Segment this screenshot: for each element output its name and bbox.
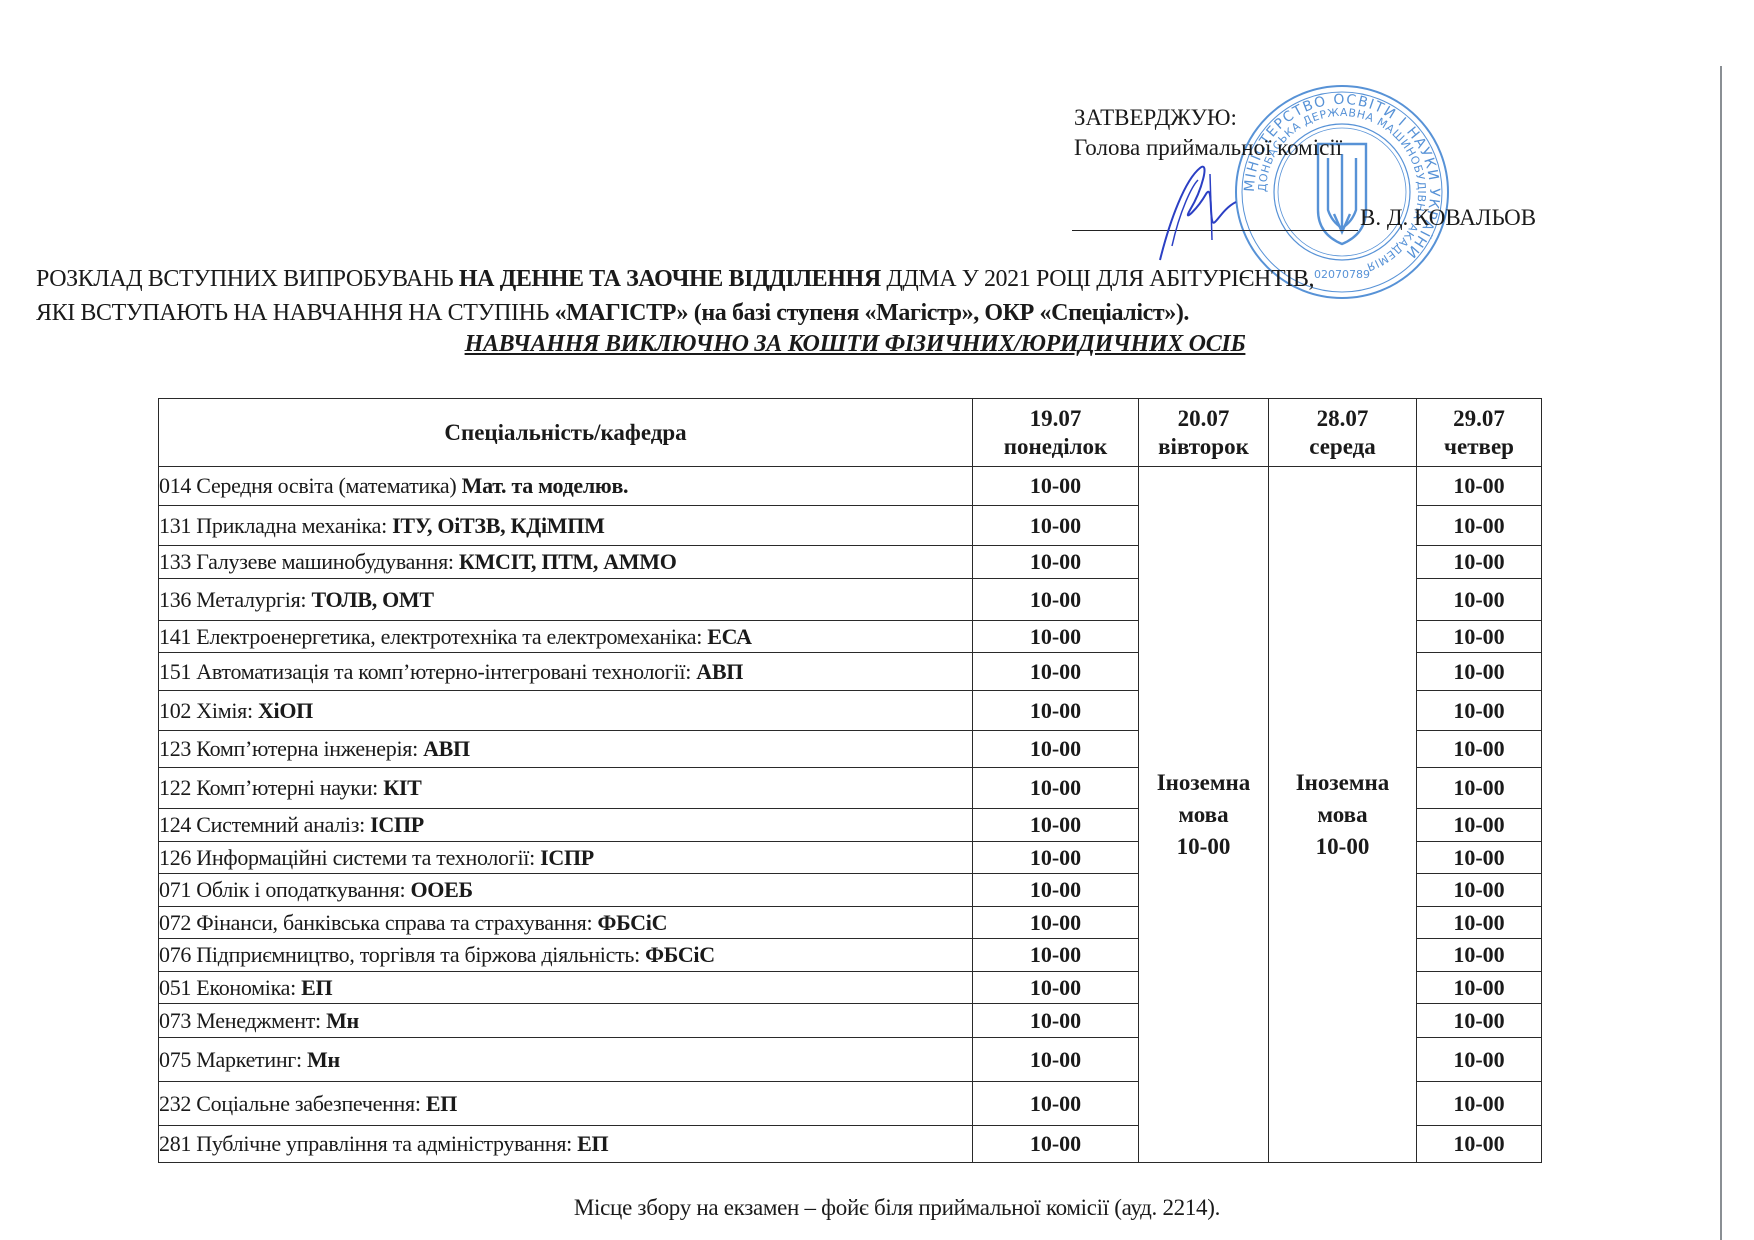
document-title-line1: РОЗКЛАД ВСТУПНИХ ВИПРОБУВАНЬ НА ДЕННЕ ТА… (36, 262, 1676, 296)
time-cell-19-07: 10-00 (973, 546, 1139, 579)
specialty-cell: 124 Системний аналіз: ІСПР (159, 809, 973, 842)
header-day-28-07: 28.07середа (1269, 399, 1417, 467)
time-cell-19-07: 10-00 (973, 691, 1139, 731)
time-cell-19-07: 10-00 (973, 506, 1139, 546)
time-cell-29-07: 10-00 (1417, 621, 1542, 653)
approval-heading: ЗАТВЕРДЖУЮ: (1074, 105, 1237, 130)
time-cell-19-07: 10-00 (973, 621, 1139, 653)
schedule-table: Спеціальність/кафедра 19.07понеділок 20.… (158, 398, 1542, 1163)
time-cell-29-07: 10-00 (1417, 1038, 1542, 1082)
specialty-cell: 232 Соціальне забезпечення: ЕП (159, 1082, 973, 1126)
specialty-cell: 122 Комп’ютерні науки: КІТ (159, 768, 973, 809)
time-cell-29-07: 10-00 (1417, 907, 1542, 939)
schedule-body: 014 Середня освіта (математика) Мат. та … (159, 467, 1542, 1163)
time-cell-29-07: 10-00 (1417, 731, 1542, 768)
signatory-name: В. Д. КОВАЛЬОВ (1360, 205, 1536, 231)
time-cell-19-07: 10-00 (973, 1126, 1139, 1163)
specialty-cell: 123 Комп’ютерна інженерія: АВП (159, 731, 973, 768)
time-cell-29-07: 10-00 (1417, 579, 1542, 621)
specialty-cell: 141 Електроенергетика, електротехніка та… (159, 621, 973, 653)
time-cell-29-07: 10-00 (1417, 1004, 1542, 1038)
specialty-cell: 131 Прикладна механіка: ІТУ, ОіТЗВ, КДіМ… (159, 506, 973, 546)
header-specialty: Спеціальність/кафедра (159, 399, 973, 467)
time-cell-19-07: 10-00 (973, 768, 1139, 809)
table-row: 014 Середня освіта (математика) Мат. та … (159, 467, 1542, 506)
page-edge-divider (1720, 66, 1722, 1240)
header-day-20-07: 20.07вівторок (1139, 399, 1269, 467)
time-cell-19-07: 10-00 (973, 842, 1139, 874)
specialty-cell: 076 Підприємництво, торгівля та біржова … (159, 939, 973, 972)
time-cell-19-07: 10-00 (973, 467, 1139, 506)
time-cell-19-07: 10-00 (973, 809, 1139, 842)
time-cell-29-07: 10-00 (1417, 546, 1542, 579)
time-cell-19-07: 10-00 (973, 907, 1139, 939)
time-cell-19-07: 10-00 (973, 1082, 1139, 1126)
specialty-cell: 073 Менеджмент: Мн (159, 1004, 973, 1038)
time-cell-19-07: 10-00 (973, 972, 1139, 1004)
table-header-row: Спеціальність/кафедра 19.07понеділок 20.… (159, 399, 1542, 467)
specialty-cell: 151 Автоматизація та комп’ютерно-інтегро… (159, 653, 973, 691)
time-cell-29-07: 10-00 (1417, 1126, 1542, 1163)
time-cell-29-07: 10-00 (1417, 874, 1542, 907)
time-cell-19-07: 10-00 (973, 1004, 1139, 1038)
time-cell-29-07: 10-00 (1417, 506, 1542, 546)
specialty-cell: 281 Публічне управління та адмініструван… (159, 1126, 973, 1163)
header-day-19-07: 19.07понеділок (973, 399, 1139, 467)
time-cell-29-07: 10-00 (1417, 691, 1542, 731)
specialty-cell: 072 Фінанси, банківська справа та страху… (159, 907, 973, 939)
header-day-29-07: 29.07четвер (1417, 399, 1542, 467)
specialty-cell: 136 Металургія: ТОЛВ, ОМТ (159, 579, 973, 621)
time-cell-19-07: 10-00 (973, 731, 1139, 768)
meeting-place-note: Місце збору на екзамен – фойє біля прийм… (0, 1195, 1754, 1221)
time-cell-19-07: 10-00 (973, 939, 1139, 972)
time-cell-19-07: 10-00 (973, 579, 1139, 621)
document-subtitle: НАВЧАННЯ ВИКЛЮЧНО ЗА КОШТИ ФІЗИЧНИХ/ЮРИД… (0, 331, 1710, 358)
time-cell-29-07: 10-00 (1417, 972, 1542, 1004)
document-title-line2: ЯКІ ВСТУПАЮТЬ НА НАВЧАННЯ НА СТУПІНЬ «МА… (36, 296, 1676, 330)
time-cell-19-07: 10-00 (973, 1038, 1139, 1082)
signature-icon (1140, 150, 1250, 270)
specialty-cell: 126 Информаційні системи та технології: … (159, 842, 973, 874)
foreign-language-exam-day-28-07: Іноземнамова10-00 (1269, 467, 1417, 1163)
time-cell-29-07: 10-00 (1417, 1082, 1542, 1126)
specialty-cell: 071 Облік і оподаткування: ООЕБ (159, 874, 973, 907)
time-cell-29-07: 10-00 (1417, 653, 1542, 691)
time-cell-29-07: 10-00 (1417, 768, 1542, 809)
time-cell-29-07: 10-00 (1417, 467, 1542, 506)
time-cell-19-07: 10-00 (973, 874, 1139, 907)
specialty-cell: 051 Економіка: ЕП (159, 972, 973, 1004)
specialty-cell: 102 Хімія: ХіОП (159, 691, 973, 731)
time-cell-29-07: 10-00 (1417, 842, 1542, 874)
specialty-cell: 014 Середня освіта (математика) Мат. та … (159, 467, 973, 506)
time-cell-29-07: 10-00 (1417, 809, 1542, 842)
time-cell-29-07: 10-00 (1417, 939, 1542, 972)
specialty-cell: 075 Маркетинг: Мн (159, 1038, 973, 1082)
foreign-language-exam-day-20-07: Іноземнамова10-00 (1139, 467, 1269, 1163)
specialty-cell: 133 Галузеве машинобудування: КМСІТ, ПТМ… (159, 546, 973, 579)
time-cell-19-07: 10-00 (973, 653, 1139, 691)
